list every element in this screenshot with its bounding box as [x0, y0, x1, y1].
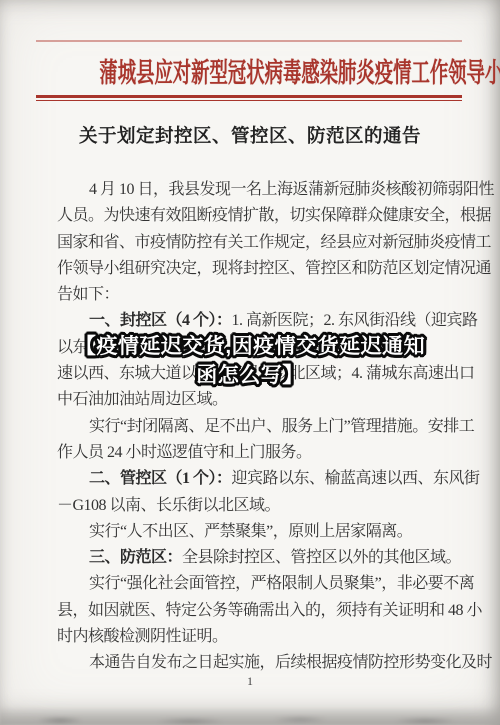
- body-line: 国家和省、市疫情防控有关工作规定，经县应对新冠肺炎疫情工: [57, 230, 457, 256]
- body-line-text: 告如下：: [57, 286, 119, 303]
- body-line: 本通告自发布之日起实施，后续根据疫情防控形势变化及时: [57, 650, 457, 676]
- red-separator-line: [36, 95, 462, 101]
- document-title: 关于划定封控区、管控区、防范区的通告: [0, 122, 500, 148]
- body-line-text: 国家和省、市疫情防控有关工作规定，经县应对新冠肺炎疫情工: [57, 234, 491, 251]
- body-line-text: 人员。为快速有效阻断疫情扩散，切实保障群众健康安全，根据: [57, 207, 491, 224]
- body-line-text: 实行“人不出区、严禁聚集”，原则上居家隔离。: [89, 523, 412, 540]
- body-line: 作领导小组研究决定，现将封控区、管控区和防范区划定情况通: [57, 256, 457, 282]
- body-line-text: 迎宾路以东、榆蓝高速以西、东风街: [232, 470, 480, 487]
- watermark-line-2: 函怎么写】: [0, 361, 500, 390]
- document-photo: 蒲城县应对新型冠状病毒感染肺炎疫情工作领导小组 关于划定封控区、管控区、防范区的…: [0, 0, 500, 725]
- body-line-text: 1. 高新医院；2. 东风街沿线（迎宾路: [232, 312, 478, 329]
- page-number: 1: [0, 674, 500, 689]
- photo-bottom-edge: [0, 707, 500, 725]
- body-line: 实行“强化社会面管控，严格限制人员聚集”，非必要不离: [57, 571, 457, 597]
- body-line: 实行“人不出区、严禁聚集”，原则上居家隔离。: [57, 519, 457, 545]
- body-line: 实行“封闭隔离、足不出户、服务上门”管理措施。安排工: [57, 414, 457, 440]
- body-line: 一、封控区（4 个）：1. 高新医院；2. 东风街沿线（迎宾路: [57, 308, 457, 334]
- body-line: 告如下：: [57, 282, 457, 308]
- watermark-line-1: 【疫情延迟交货,因疫情交货延迟通知: [0, 332, 500, 361]
- body-line-text: 本通告自发布之日起实施，后续根据疫情防控形势变化及时: [89, 654, 492, 671]
- watermark-overlay: 【疫情延迟交货,因疫情交货延迟通知 函怎么写】: [0, 332, 500, 390]
- red-separator-thin: [36, 100, 462, 101]
- red-top-rule: [36, 40, 462, 42]
- section-heading: 一、封控区（4 个）：: [89, 312, 232, 329]
- body-line-text: 中石油加油站周边区域。: [57, 391, 228, 408]
- section-heading: 二、管控区（1 个）：: [89, 470, 232, 487]
- body-line: 作人员 24 小时巡逻值守和上门服务。: [57, 440, 457, 466]
- body-line: 时内核酸检测阴性证明。: [57, 624, 457, 650]
- org-title: 蒲城县应对新型冠状病毒感染肺炎疫情工作领导小组: [0, 51, 500, 90]
- body-line: 4 月 10 日，我县发现一名上海返蒲新冠肺炎核酸初筛弱阳性: [57, 177, 457, 203]
- body-line-text: 作领导小组研究决定，现将封控区、管控区和防范区划定情况通: [57, 260, 491, 277]
- red-separator-thick: [36, 95, 462, 98]
- section-heading: 三、防范区：: [89, 549, 182, 566]
- body-line: －G108 以南、长乐街以北区域。: [57, 493, 457, 519]
- body-line: 二、管控区（1 个）：迎宾路以东、榆蓝高速以西、东风街: [57, 466, 457, 492]
- body-line-text: 全县除封控区、管控区以外的其他区域。: [182, 549, 461, 566]
- body-line-text: 县，如因就医、特定公务等确需出入的，须持有关证明和 48 小: [57, 602, 482, 619]
- body-line: 中石油加油站周边区域。: [57, 387, 457, 413]
- body-line-text: 作人员 24 小时巡逻值守和上门服务。: [57, 444, 312, 461]
- body-line-text: 实行“强化社会面管控，严格限制人员聚集”，非必要不离: [89, 575, 474, 592]
- body-line-text: 时内核酸检测阴性证明。: [57, 628, 228, 645]
- body-line: 三、防范区：全县除封控区、管控区以外的其他区域。: [57, 545, 457, 571]
- body-line: 县，如因就医、特定公务等确需出入的，须持有关证明和 48 小: [57, 598, 457, 624]
- document-body: 4 月 10 日，我县发现一名上海返蒲新冠肺炎核酸初筛弱阳性 人员。为快速有效阻…: [57, 177, 457, 677]
- org-title-text: 蒲城县应对新型冠状病毒感染肺炎疫情工作领导小组: [99, 51, 500, 90]
- body-line: 人员。为快速有效阻断疫情扩散，切实保障群众健康安全，根据: [57, 203, 457, 229]
- body-line-text: 4 月 10 日，我县发现一名上海返蒲新冠肺炎核酸初筛弱阳性: [89, 181, 494, 198]
- body-line-text: 实行“封闭隔离、足不出户、服务上门”管理措施。安排工: [89, 418, 474, 435]
- body-line-text: －G108 以南、长乐街以北区域。: [57, 497, 280, 514]
